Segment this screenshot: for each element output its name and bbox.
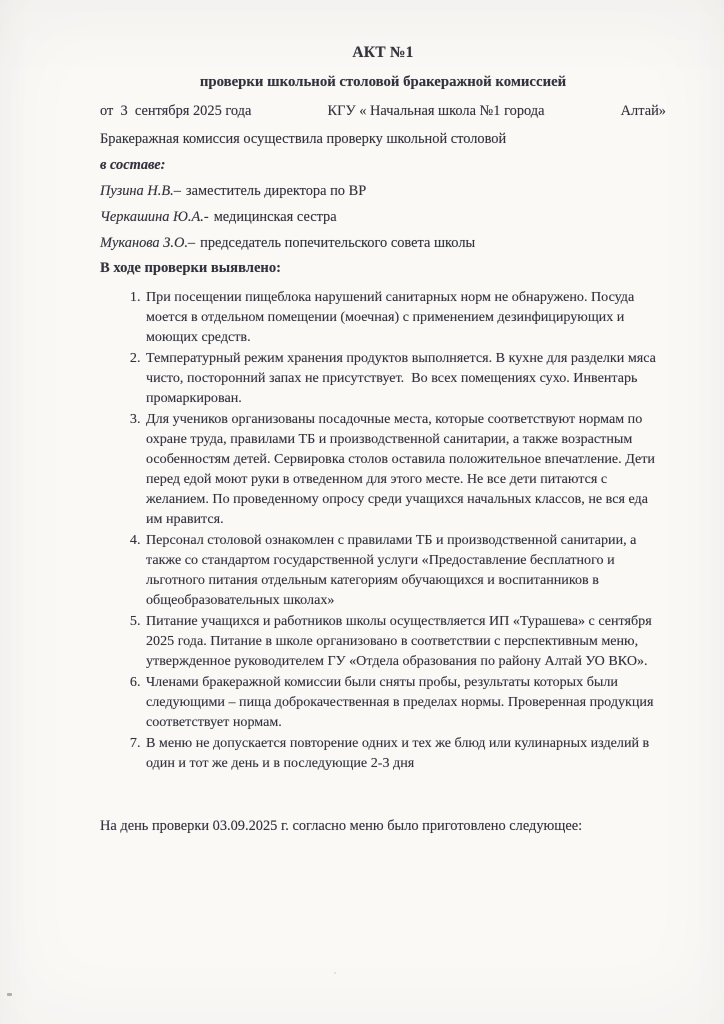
member-role: медицинская сестра (214, 209, 337, 225)
member-name: Черкашина Ю.А.- (100, 209, 209, 225)
finding-item-3: Для учеников организованы посадочные мес… (144, 409, 666, 529)
closing-line: На день проверки 03.09.2025 г. согласно … (100, 817, 666, 836)
scan-artifact (334, 972, 336, 974)
member-name: Муканова З.О.– (100, 235, 195, 251)
member-role: заместитель директора по ВР (186, 183, 366, 199)
document-date: от 3 сентября 2025 года (100, 102, 251, 121)
commission-member-2: Черкашина Ю.А.-медицинская сестра (100, 208, 666, 227)
organization-city: Алтай» (621, 102, 666, 121)
document-subtitle: проверки школьной столовой бракеражной к… (100, 74, 666, 91)
date-organization-line: от 3 сентября 2025 года КГУ « Начальная … (100, 102, 666, 121)
scan-artifact (7, 993, 12, 996)
document-page: АКТ №1 проверки школьной столовой бракер… (0, 0, 724, 1024)
intro-paragraph: Бракеражная комиссия осуществила проверк… (100, 130, 666, 149)
findings-heading: В ходе проверки выявлено: (100, 260, 666, 277)
finding-item-6: Членами бракеражной комиссии были сняты … (144, 672, 666, 732)
composition-label: в составе: (100, 156, 666, 175)
finding-item-2: Температурный режим хранения продуктов в… (144, 348, 666, 408)
commission-member-3: Муканова З.О.–председатель попечительско… (100, 234, 666, 253)
member-name: Пузина Н.В.– (100, 183, 181, 199)
organization-name: КГУ « Начальная школа №1 города (328, 102, 545, 121)
member-role: председатель попечительского совета школ… (200, 235, 475, 251)
finding-item-4: Персонал столовой ознакомлен с правилами… (144, 530, 666, 610)
commission-member-1: Пузина Н.В.–заместитель директора по ВР (100, 182, 666, 201)
finding-item-5: Питание учащихся и работников школы осущ… (144, 611, 666, 671)
finding-item-7: В меню не допускается повторение одних и… (144, 733, 666, 773)
finding-item-1: При посещении пищеблока нарушений санита… (144, 287, 666, 347)
findings-list: При посещении пищеблока нарушений санита… (100, 287, 666, 773)
document-title: АКТ №1 (100, 44, 666, 62)
